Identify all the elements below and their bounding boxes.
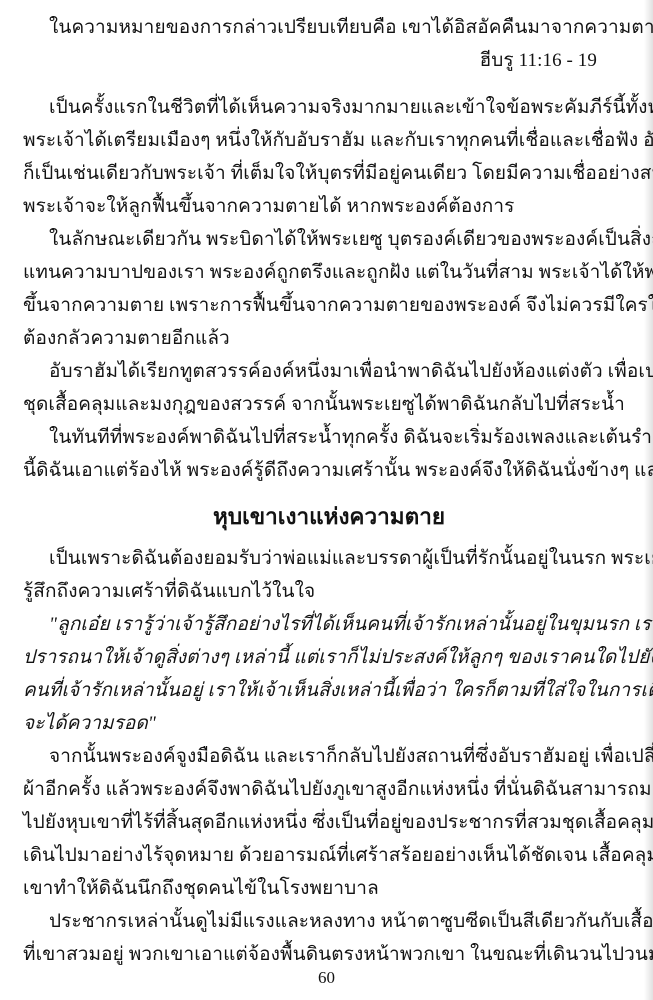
text-line: จะได้ความรอด" [23,707,635,740]
paragraph: อับราฮัมได้เรียกทูตสวรรค์องค์หนึ่งมาเพื่… [23,355,635,421]
text-line: ผ้าอีกครั้ง แล้วพระองค์จึงพาดิฉันไปยังภู… [23,773,635,806]
text-line: นี้ดิฉันเอาแต่ร้องไห้ พระองค์รู้ดีถึงควา… [23,454,635,487]
text-line: อับราฮัมได้เรียกทูตสวรรค์องค์หนึ่งมาเพื่… [23,355,635,388]
text-line: ไปยังหุบเขาที่ไร้ที่สิ้นสุดอีกแห่งหนึ่ง … [23,806,635,839]
text-line: ชุดเสื้อคลุมและมงกุฎของสวรรค์ จากนั้นพระ… [23,388,635,421]
paragraph: ในทันทีที่พระองค์พาดิฉันไปที่สระน้ำทุกคร… [23,421,635,487]
paragraph: ประชากรเหล่านั้นดูไม่มีแรงและหลงทาง หน้า… [23,905,635,971]
section-heading: หุบเขาเงาแห่งความตาย [23,500,635,533]
header-continuation-line: ในความหมายของการกล่าวเปรียบเทียบคือ เขาไ… [23,11,635,44]
text-line: ก็เป็นเช่นเดียวกับพระเจ้า ที่เต็มใจให้บุ… [23,157,635,190]
text-line: ที่เขาสวมอยู่ พวกเขาเอาแต่จ้องพื้นดินตรง… [23,938,635,971]
paragraph: เป็นเพราะดิฉันต้องยอมรับว่าพ่อแม่และบรรด… [23,542,635,608]
text-line: ต้องกลัวความตายอีกแล้ว [23,322,635,355]
paragraph: จากนั้นพระองค์จูงมือดิฉัน และเราก็กลับไป… [23,740,635,905]
text-line: รู้สึกถึงความเศร้าที่ดิฉันแบกไว้ในใจ [23,575,635,608]
text-line: แทนความบาปของเรา พระองค์ถูกตรึงและถูกฝัง… [23,256,635,289]
text-line: ในลักษณะเดียวกัน พระบิดาได้ให้พระเยซู บุ… [23,223,635,256]
text-line: ในทันทีที่พระองค์พาดิฉันไปที่สระน้ำทุกคร… [23,421,635,454]
text-line: เขาทำให้ดิฉันนึกถึงชุดคนไข้ในโรงพยาบาล [23,872,635,905]
paragraph: ในลักษณะเดียวกัน พระบิดาได้ให้พระเยซู บุ… [23,223,635,355]
text-line: "ลูกเอ๋ย เรารู้ว่าเจ้ารู้สึกอย่างไรที่ได… [23,608,635,641]
text-line: จากนั้นพระองค์จูงมือดิฉัน และเราก็กลับไป… [23,740,635,773]
text-line: พระเจ้าจะให้ลูกฟื้นขึ้นจากความตายได้ หาก… [23,190,635,223]
book-page: ในความหมายของการกล่าวเปรียบเทียบคือ เขาไ… [0,0,653,1000]
text-line: ประชากรเหล่านั้นดูไม่มีแรงและหลงทาง หน้า… [23,905,635,938]
text-line: พระเจ้าได้เตรียมเมืองๆ หนึ่งให้กับอับราฮ… [23,124,635,157]
text-line: ขึ้นจากความตาย เพราะการฟื้นขึ้นจากความตา… [23,289,635,322]
text-line: เดินไปมาอย่างไร้จุดหมาย ด้วยอารมณ์ที่เศร… [23,839,635,872]
scripture-reference: ฮีบรู 11:16 - 19 [23,44,635,77]
page-content: ในความหมายของการกล่าวเปรียบเทียบคือ เขาไ… [0,0,653,971]
text-line: เป็นเพราะดิฉันต้องยอมรับว่าพ่อแม่และบรรด… [23,542,635,575]
quoted-paragraph: "ลูกเอ๋ย เรารู้ว่าเจ้ารู้สึกอย่างไรที่ได… [23,608,635,740]
paragraph: เป็นครั้งแรกในชีวิตที่ได้เห็นความจริงมาก… [23,91,635,223]
text-line: เป็นครั้งแรกในชีวิตที่ได้เห็นความจริงมาก… [23,91,635,124]
page-number: 60 [0,968,653,988]
text-line: ปรารถนาให้เจ้าดูสิ่งต่างๆ เหล่านี้ แต่เร… [23,641,635,674]
text-line: คนที่เจ้ารักเหล่านั้นอยู่ เราให้เจ้าเห็น… [23,674,635,707]
